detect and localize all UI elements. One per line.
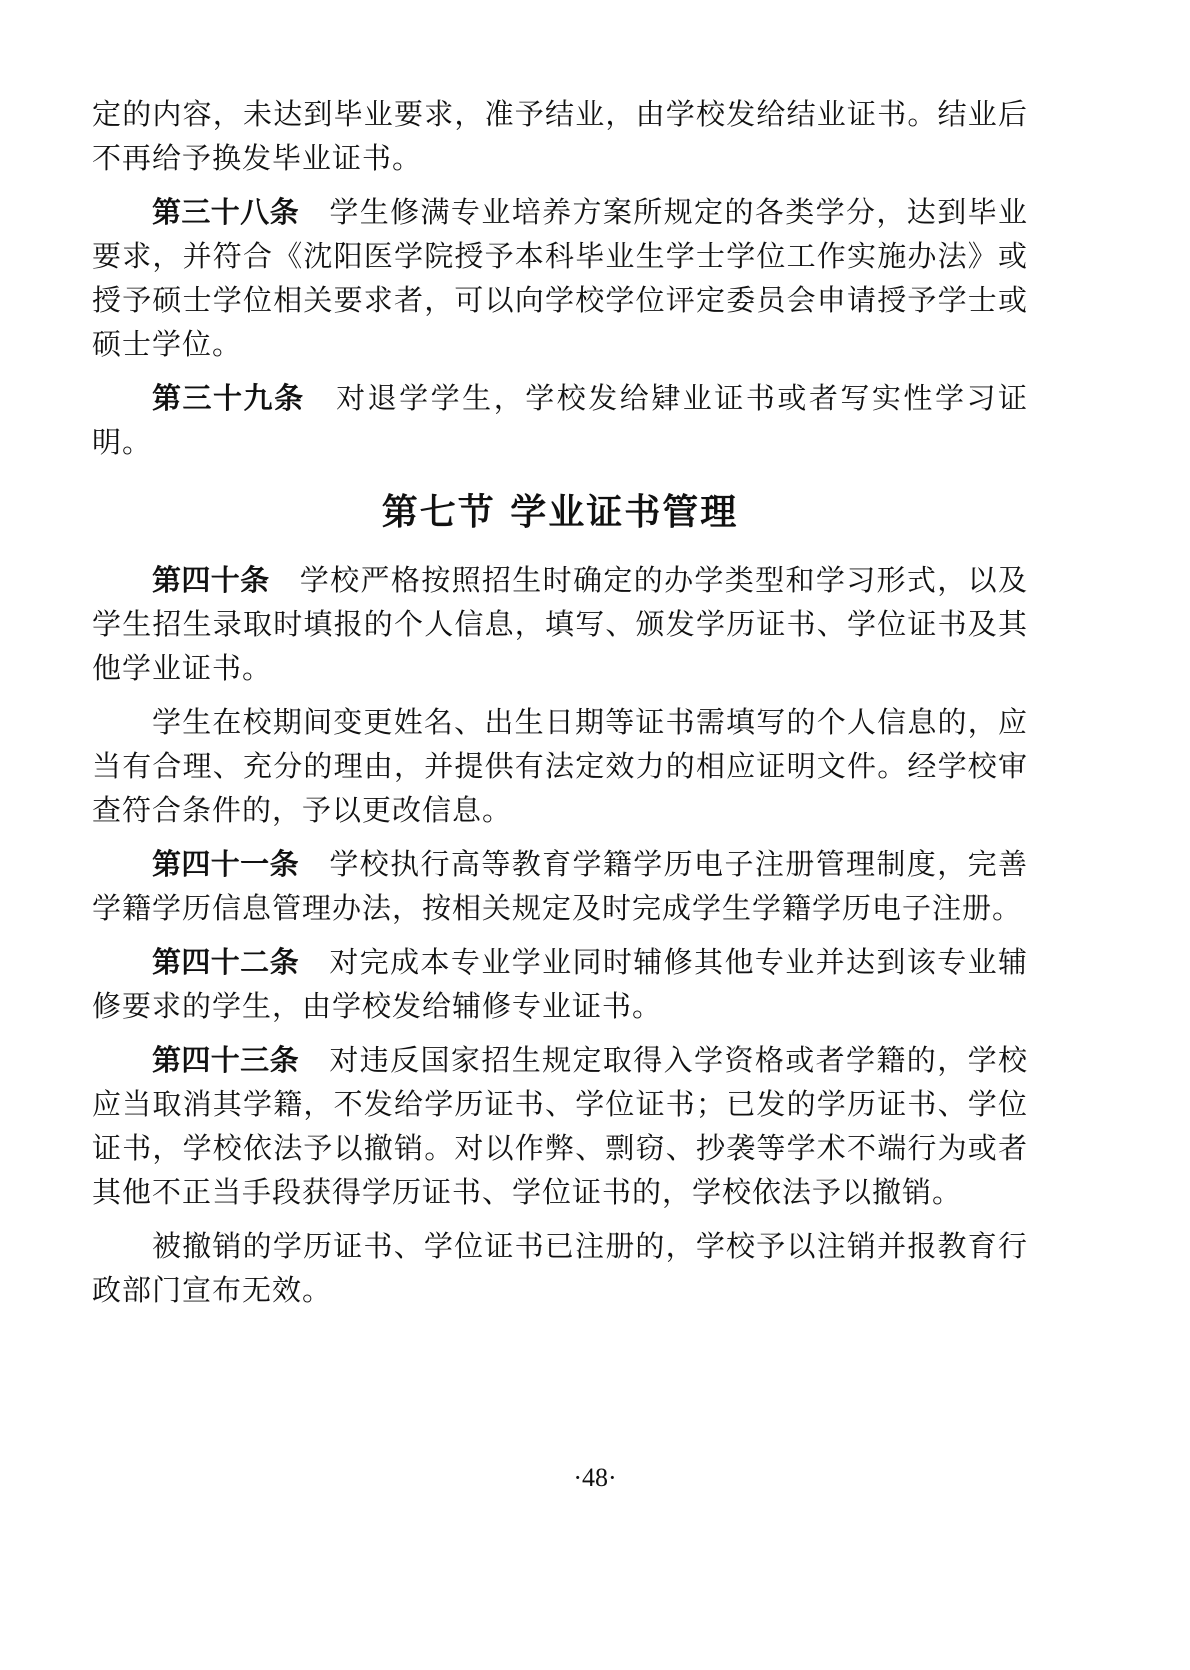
article-39: 第三十九条对退学学生，学校发给肄业证书或者写实性学习证明。 — [92, 376, 1028, 464]
article-number: 第四十三条 — [152, 1043, 299, 1077]
article-number: 第四十条 — [152, 563, 269, 597]
document-page: 定的内容，未达到毕业要求，准予结业，由学校发给结业证书。结业后不再给予换发毕业证… — [92, 92, 1028, 1312]
continued-paragraph: 定的内容，未达到毕业要求，准予结业，由学校发给结业证书。结业后不再给予换发毕业证… — [92, 92, 1028, 180]
article-40: 第四十条学校严格按照招生时确定的办学类型和学习形式，以及学生招生录取时填报的个人… — [92, 558, 1028, 690]
article-38: 第三十八条学生修满专业培养方案所规定的各类学分，达到毕业要求，并符合《沈阳医学院… — [92, 190, 1028, 366]
article-number: 第三十八条 — [152, 195, 299, 229]
article-41: 第四十一条学校执行高等教育学籍学历电子注册管理制度，完善学籍学历信息管理办法，按… — [92, 842, 1028, 930]
article-40-followup: 学生在校期间变更姓名、出生日期等证书需填写的个人信息的，应当有合理、充分的理由，… — [92, 700, 1028, 832]
article-43: 第四十三条对违反国家招生规定取得入学资格或者学籍的，学校应当取消其学籍，不发给学… — [92, 1038, 1028, 1214]
article-number: 第三十九条 — [152, 381, 305, 415]
article-42: 第四十二条对完成本专业学业同时辅修其他专业并达到该专业辅修要求的学生，由学校发给… — [92, 940, 1028, 1028]
article-43-followup: 被撤销的学历证书、学位证书已注册的，学校予以注销并报教育行政部门宣布无效。 — [92, 1224, 1028, 1312]
article-number: 第四十一条 — [152, 847, 299, 881]
section-heading: 第七节 学业证书管理 — [92, 488, 1028, 538]
page-number: ·48· — [0, 1463, 1190, 1493]
article-number: 第四十二条 — [152, 945, 299, 979]
